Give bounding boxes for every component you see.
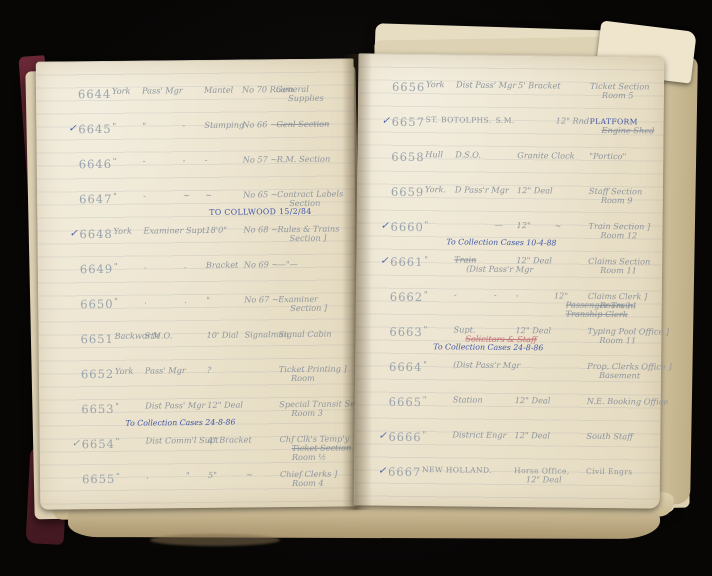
entry-number: 6664 [389, 360, 423, 374]
check-mark [69, 192, 79, 193]
ledger-entry-row: 6664"(Dist Pass'r MgrProp. Clerks Office… [379, 360, 659, 398]
handwriting-line: Backworth [114, 332, 144, 341]
handwriting-line: 12" Deal [516, 256, 554, 265]
ledger-entry-row: 6652YorkPass' Mgr?Ticket Printing ]Room [71, 364, 355, 402]
entry-cell: York [115, 367, 145, 376]
check-mark [71, 402, 81, 403]
entry-number: 6647 [79, 192, 113, 206]
entry-cell: - [143, 191, 183, 200]
handwriting-line: D Pass'r Mgr [455, 185, 495, 194]
handwriting-line: 12" [517, 221, 555, 230]
handwriting-line: ~ [183, 191, 205, 200]
handwriting-line: " [113, 157, 143, 166]
check-mark: ✓ [378, 465, 388, 477]
handwriting-line: Pass' Mgr [145, 366, 185, 375]
entry-cell: No 65 ~ [243, 190, 277, 199]
handwriting-line: " [112, 122, 142, 131]
handwriting-line: . [146, 471, 186, 480]
entry-number: 6646 [79, 157, 113, 171]
handwriting-line: S.M. [496, 116, 518, 125]
entry-cell: " [113, 192, 143, 201]
entry-cell: 10' Dial [206, 331, 244, 340]
entry-cell: ? [207, 366, 245, 375]
check-mark [382, 80, 392, 81]
entry-cell: Bracket [206, 261, 244, 270]
entry-cell: ~ [246, 470, 280, 479]
entry-number: 6659 [391, 185, 425, 199]
entry-cell: Special Transit Section ]Room 3 [279, 399, 355, 418]
ledger-entry-row: ✓6667NEW HOLLAND.Horse Office,12" DealCi… [378, 465, 658, 503]
handwriting-line: (Dist Pass'r Mgr [466, 265, 494, 274]
entry-cell: - [205, 156, 243, 165]
entry-number: 6645 [78, 122, 112, 136]
handwriting-line: District Engr [452, 430, 492, 439]
check-mark [381, 185, 391, 186]
ledger-entry-row: 6663"Supt.Solicitors & Staff12" DealTypi… [379, 325, 659, 363]
entry-number: 6652 [81, 367, 115, 381]
handwriting-line: No 69 ~ [244, 260, 278, 269]
entry-cell: Signal Cabin [278, 329, 354, 339]
handwriting-line: ~ [205, 191, 243, 200]
handwriting-line: D.S.O. [455, 150, 495, 159]
entry-cell: York [113, 227, 143, 236]
entry-cell: Mantel [204, 86, 242, 95]
ink-annotation: To Collection Cases 24-8-86 [125, 418, 235, 428]
handwriting-line: Civil Engrs [586, 467, 658, 477]
handwriting-line: Station [453, 395, 493, 404]
entry-cell: Civil Engrs [586, 467, 658, 477]
ledger-entry-row: 6655"."5"~Chief Clerks ]Room 4 [72, 469, 356, 507]
entry-cell: 12" Deal [516, 256, 554, 265]
entry-cell: York. [425, 185, 455, 194]
entry-cell: —"— [278, 259, 354, 269]
entry-cell: — [495, 221, 517, 230]
check-mark [381, 150, 391, 151]
entry-cell: 12" Deal [515, 396, 553, 405]
handwriting-line: 12" Deal [515, 326, 553, 335]
check-mark [68, 87, 78, 88]
entry-cell: S.M. [496, 116, 518, 125]
entry-cell: 5" [208, 470, 246, 479]
handwriting-line: - [516, 291, 554, 300]
handwriting-line: Room 11 [599, 336, 659, 346]
handwriting-line: ~ [246, 470, 280, 479]
handwriting-line: Hull [425, 150, 455, 159]
entry-cell: 5' Bracket [518, 81, 556, 90]
entry-cell: . [184, 261, 206, 270]
ledger-entry-row: ✓6666"District Engr12" DealSouth Staff [378, 430, 658, 468]
entry-cell: Hull [425, 150, 455, 159]
handwriting-line: No 68 ~ [243, 225, 277, 234]
ledger-entry-row: 6659York.D Pass'r Mgr12" DealStaff Secti… [381, 185, 661, 223]
handwriting-line: N.E. Booking Office [587, 397, 659, 407]
check-mark: ✓ [69, 227, 79, 239]
entry-number: 6657 [392, 115, 426, 129]
entry-cell: R.M. Section [277, 154, 353, 164]
handwriting-line: Tranship Clerk [566, 310, 588, 319]
check-mark: ✓ [378, 430, 388, 442]
handwriting-line: " [423, 360, 453, 369]
handwriting-line: - [182, 121, 204, 130]
entry-cell: No 57 ~ [243, 155, 277, 164]
handwriting-line: - [454, 290, 494, 299]
entry-cell: " [423, 395, 453, 404]
entry-number: 6653 [81, 402, 115, 416]
handwriting-line: 4" Bracket [208, 435, 246, 444]
entry-cell: NEW HOLLAND. [422, 465, 452, 474]
handwriting-line: " [115, 402, 145, 411]
ink-annotation: To Collection Cases 10-4-88 [446, 237, 556, 247]
handwriting-line: 12" Deal [526, 475, 552, 484]
entry-cell: Dist Pass' Mgr [145, 401, 185, 410]
handwriting-line: " [424, 290, 454, 299]
handwriting-line: Room 12 [600, 231, 660, 241]
entry-number: 6660 [390, 220, 424, 234]
entry-cell: D.S.O. [455, 150, 495, 159]
handwriting-line: - [205, 156, 243, 165]
check-mark: ✓ [381, 220, 391, 232]
entry-cell: " [114, 262, 144, 271]
handwriting-line: Supplies [288, 93, 352, 103]
check-mark [71, 367, 81, 368]
entry-cell: " [142, 121, 182, 130]
handwriting-line: South Staff [586, 432, 658, 442]
check-mark: ✓ [72, 437, 82, 449]
entry-cell: No 68 ~ [243, 225, 277, 234]
entry-cell: Prop. Clerks Office ]Basement [587, 362, 659, 381]
handwriting-line: " [116, 437, 146, 446]
handwriting-line: 5" [208, 470, 246, 479]
handwriting-line: Section ] [290, 303, 354, 313]
entry-cell: ST. BOTOLPHS. [426, 115, 456, 124]
check-mark [70, 262, 80, 263]
entry-cell: D Pass'r Mgr [455, 185, 495, 194]
ledger-entry-row: 6646"---No 57 ~R.M. Section [69, 154, 353, 192]
ledger-entry-row: 6656YorkDist Pass' Mgr5' BracketTicket S… [382, 80, 662, 118]
handwriting-line: No 66 ~ [242, 120, 276, 129]
entry-number: 6651 [80, 332, 114, 346]
handwriting-line: Room 14 [600, 301, 660, 311]
entry-cell: Signalman [244, 330, 278, 339]
entry-cell: Station [453, 395, 493, 404]
handwriting-line: ? [207, 366, 245, 375]
entry-cell: Typing Pool Office ]Room 11 [587, 327, 659, 346]
ledger-entry-row: 6665"Station12" DealN.E. Booking Office [378, 395, 658, 433]
entry-cell: 12" Deal [517, 186, 555, 195]
ledger-entry-row: ✓6661"Train(Dist Pass'r Mgr12" DealClaim… [380, 255, 660, 293]
handwriting-line: No 70 Room [242, 85, 276, 94]
entry-cell: Horse Office,12" Deal [514, 466, 552, 484]
ledger-entry-row: 6662"---12"Passenger TrainTranship Clerk… [380, 290, 660, 328]
handwriting-line: Basement [599, 371, 659, 381]
handwriting-line: " [206, 296, 244, 305]
entry-number: 6654 [82, 437, 116, 451]
handwriting-line: " [424, 255, 454, 264]
handwriting-line: York [112, 87, 142, 96]
entry-cell: 12" [517, 221, 555, 230]
handwriting-line: - [494, 291, 516, 300]
handwriting-line: Examiner Supt. [143, 226, 183, 235]
handwriting-line: —"— [278, 259, 354, 269]
entry-cell: Chief Clerks ]Room 4 [280, 469, 356, 488]
left-page-rows: 6644YorkPass' MgrMantelNo 70 RoomGeneral… [36, 58, 359, 509]
entry-cell: Claims Clerk ]Room 14 [588, 292, 660, 311]
handwriting-line: Mantel [204, 86, 242, 95]
entry-cell: No 67 ~ [244, 295, 278, 304]
entry-cell: " [422, 430, 452, 439]
ledger-entry-row: 6658HullD.S.O.Granite Clock"Portico" [381, 150, 661, 188]
right-page: 6656YorkDist Pass' Mgr5' BracketTicket S… [354, 53, 665, 508]
entry-cell: " [425, 220, 455, 229]
entry-cell: Rules & TrainsSection ] [277, 224, 353, 243]
check-mark: ✓ [380, 255, 390, 267]
handwriting-line: " [114, 262, 144, 271]
handwriting-line: "Portico" [589, 152, 661, 162]
entry-cell: 18'0" [205, 226, 243, 235]
handwriting-line: 18'0" [205, 226, 243, 235]
ink-annotation: To Collection Cases 24-8-86 [433, 342, 543, 352]
handwriting-line: " [422, 430, 452, 439]
check-mark [69, 157, 79, 158]
entry-number: 6644 [78, 87, 112, 101]
handwriting-line: Dist Pass' Mgr [456, 80, 496, 89]
entry-cell: S.M.O. [144, 331, 184, 340]
ledger-entry-row: ✓6648YorkExaminer Supt.18'0"No 68 ~Rules… [69, 224, 353, 262]
handwriting-line: " [114, 297, 144, 306]
entry-cell: Examiner Supt. [143, 226, 183, 235]
entry-cell: Dist Pass' Mgr [456, 80, 496, 89]
handwriting-line: Room 5 [602, 91, 662, 101]
entry-number: 6667 [388, 465, 422, 479]
handwriting-line: " [113, 192, 143, 201]
handwriting-line: Signal Cabin [278, 329, 354, 339]
entry-cell: ~ [555, 221, 589, 230]
handwriting-line: Signalman [244, 330, 278, 339]
ledger-entry-row: 6649"..BracketNo 69 ~—"— [70, 259, 354, 297]
handwriting-line: No 65 ~ [243, 190, 277, 199]
entry-cell: Pass' Mgr [145, 366, 185, 375]
handwriting-line: - [143, 156, 183, 165]
ledger-entry-row: ✓6657ST. BOTOLPHS.S.M.12" RndPLATFORMEng… [381, 115, 661, 153]
entry-cell: Ticket SectionRoom 5 [590, 82, 662, 101]
handwriting-line: Room [291, 373, 355, 383]
handwriting-line: 12" Deal [514, 431, 552, 440]
entry-cell: (Dist Pass'r Mgr [453, 360, 493, 369]
entry-number: 6658 [391, 150, 425, 164]
check-mark [380, 290, 390, 291]
entry-cell: 12" Deal [515, 326, 553, 335]
ledger-entry-row: ✓6645""-StampingNo 66 ~Genl Section [68, 119, 352, 157]
handwriting-line: " [423, 325, 453, 334]
ledger-entry-row: 6653"Dist Pass' Mgr12" DealSpecial Trans… [71, 399, 355, 437]
entry-number: 6661 [390, 255, 424, 269]
handwriting-line: Room ½ [292, 452, 356, 462]
entry-cell: " [116, 472, 146, 481]
check-mark [70, 332, 80, 333]
entry-cell: - [182, 121, 204, 130]
handwriting-line: York [113, 227, 143, 236]
check-mark [379, 360, 389, 361]
entry-number: 6663 [389, 325, 423, 339]
handwriting-line: Genl Section [276, 119, 352, 129]
handwriting-line: No 67 ~ [244, 295, 278, 304]
photo-background: 6644YorkPass' MgrMantelNo 70 RoomGeneral… [0, 0, 712, 576]
entry-cell: South Staff [586, 432, 658, 442]
entry-cell: 12" Deal [514, 431, 552, 440]
check-mark [379, 395, 389, 396]
entry-number: 6655 [82, 472, 116, 486]
entry-cell: PLATFORMEngine Shed [590, 117, 662, 136]
handwriting-line: Stamping [204, 121, 242, 130]
entry-cell: 12" Deal [207, 401, 245, 410]
entry-cell: Train(Dist Pass'r Mgr [454, 255, 494, 273]
entry-cell: Genl Section [276, 119, 352, 129]
check-mark: ✓ [382, 115, 392, 127]
ledger-entry-row: ✓6660"—12"~Train Section ]Room 12To Coll… [380, 220, 660, 258]
handwriting-line: " [423, 395, 453, 404]
entry-cell: Backworth [114, 332, 144, 341]
entry-cell: " [206, 296, 244, 305]
entry-cell: - [516, 291, 554, 300]
right-page-rows: 6656YorkDist Pass' Mgr5' BracketTicket S… [354, 53, 665, 508]
entry-cell: Train Section ]Room 12 [588, 222, 660, 241]
entry-cell: " [186, 471, 208, 480]
entry-cell: - [183, 156, 205, 165]
handwriting-line: — [495, 221, 517, 230]
entry-cell: Claims SectionRoom 11 [588, 257, 660, 276]
handwriting-line: - [183, 156, 205, 165]
handwriting-line: 5' Bracket [518, 81, 556, 90]
handwriting-line: 12" Deal [515, 396, 553, 405]
handwriting-line: . [184, 296, 206, 305]
handwriting-line: " [142, 121, 182, 130]
entry-cell: . [144, 296, 184, 305]
handwriting-line: 12" Deal [207, 401, 245, 410]
handwriting-line: 10' Dial [206, 331, 244, 340]
entry-cell: " [423, 325, 453, 334]
entry-cell: York [112, 87, 142, 96]
entry-cell: - [454, 290, 494, 299]
entry-cell: Contract LabelsSection [277, 189, 353, 208]
entry-number: 6662 [390, 290, 424, 304]
handwriting-line: (Dist Pass'r Mgr [453, 360, 493, 369]
entry-cell: Staff SectionRoom 9 [589, 187, 661, 206]
entry-cell: ~ [183, 191, 205, 200]
handwriting-line: . [144, 261, 184, 270]
entry-cell: " [424, 255, 454, 264]
entry-cell: " [114, 297, 144, 306]
entry-cell: . [184, 296, 206, 305]
entry-cell: No 69 ~ [244, 260, 278, 269]
check-mark [72, 472, 82, 473]
handwriting-line: . [184, 261, 206, 270]
handwriting-line: Dist Comm'l Supt [146, 436, 186, 445]
handwriting-line: " [425, 220, 455, 229]
entry-cell: " [112, 122, 142, 131]
handwriting-line: Bracket [206, 261, 244, 270]
entry-cell: York [426, 80, 456, 89]
entry-cell: District Engr [452, 430, 492, 439]
entry-cell: Stamping [204, 121, 242, 130]
entry-cell: . [146, 471, 186, 480]
handwriting-line: R.M. Section [277, 154, 353, 164]
entry-number: 6649 [80, 262, 114, 276]
ledger-entry-row: 6650".."No 67 ~ExaminerSection ] [70, 294, 354, 332]
handwriting-line: . [144, 296, 184, 305]
entry-number: 6666 [388, 430, 422, 444]
check-mark: ✓ [68, 122, 78, 134]
entry-cell: Ticket Printing ]Room [279, 364, 355, 383]
entry-cell: No 66 ~ [242, 120, 276, 129]
entry-cell: " [116, 437, 146, 446]
entry-cell: 12" Rnd [556, 116, 590, 125]
entry-cell: ExaminerSection ] [278, 294, 354, 313]
entry-cell: N.E. Booking Office [587, 397, 659, 407]
entry-cell: 12"Passenger TrainTranship Clerk [554, 291, 588, 318]
handwriting-line: NEW HOLLAND. [422, 465, 452, 474]
handwriting-line: York [426, 80, 456, 89]
entry-number: 6648 [79, 227, 113, 241]
handwriting-line: 12" Deal [517, 186, 555, 195]
page-edge-stain [150, 534, 280, 546]
handwriting-line: 12" Rnd [556, 116, 590, 125]
entry-cell: Granite Clock [517, 151, 555, 160]
entry-cell: GeneralSupplies [276, 84, 352, 103]
entry-cell: - [143, 156, 183, 165]
handwriting-line: ST. BOTOLPHS. [426, 115, 456, 124]
handwriting-line: - [143, 191, 183, 200]
entry-number: 6665 [389, 395, 423, 409]
entry-cell: Chf Clk's Temp'yTicket SectionRoom ½ [280, 434, 356, 462]
handwriting-line: No 57 ~ [243, 155, 277, 164]
entry-cell: . [144, 261, 184, 270]
ledger-entry-row: 6651BackworthS.M.O.10' DialSignalmanSign… [70, 329, 354, 367]
handwriting-line: Room 9 [601, 196, 661, 206]
entry-number: 6650 [80, 297, 114, 311]
handwriting-line: York [115, 367, 145, 376]
entry-cell: Pass' Mgr [142, 86, 182, 95]
ledger-entry-row: ✓6654"Dist Comm'l Supt4" BracketChf Clk'… [72, 434, 356, 472]
handwriting-line: Engine Shed [602, 126, 662, 136]
ledger-entry-row: 6647"-~~No 65 ~Contract LabelsSectionTO … [69, 189, 353, 227]
handwriting-line: S.M.O. [144, 331, 184, 340]
check-mark [70, 297, 80, 298]
handwriting-line: " [116, 472, 146, 481]
entry-cell: Supt.Solicitors & Staff [453, 325, 493, 343]
handwriting-line: ~ [555, 221, 589, 230]
handwriting-line: Section ] [289, 233, 353, 243]
handwriting-line: Granite Clock [517, 151, 555, 160]
entry-cell: Dist Comm'l Supt [146, 436, 186, 445]
left-page: 6644YorkPass' MgrMantelNo 70 RoomGeneral… [36, 58, 359, 509]
handwriting-line: Pass' Mgr [142, 86, 182, 95]
entry-cell: 4" Bracket [208, 435, 246, 444]
entry-cell: - [494, 291, 516, 300]
handwriting-line: Room 11 [600, 266, 660, 276]
handwriting-line: Room 3 [291, 408, 355, 418]
handwriting-line: York. [425, 185, 455, 194]
entry-cell: " [115, 402, 145, 411]
handwriting-line: " [186, 471, 208, 480]
entry-number: 6656 [392, 80, 426, 94]
page-edge-stack-bottom-2 [68, 507, 660, 539]
entry-cell: " [423, 360, 453, 369]
entry-cell: " [113, 157, 143, 166]
entry-cell: " [424, 290, 454, 299]
entry-cell: ~ [205, 191, 243, 200]
handwriting-line: Dist Pass' Mgr [145, 401, 185, 410]
entry-cell: No 70 Room [242, 85, 276, 94]
